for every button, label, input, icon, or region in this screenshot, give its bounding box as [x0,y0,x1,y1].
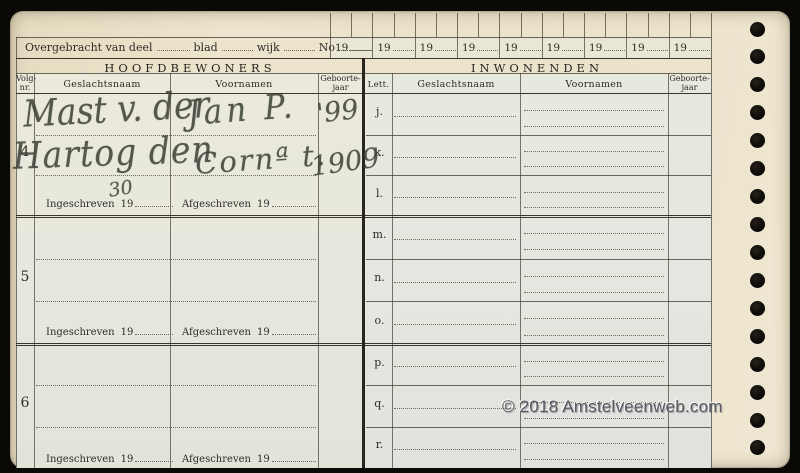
year-prefix: 19 [589,42,602,54]
dotted-writing-line [394,239,516,240]
ingeschreven-label: Ingeschreven19 [46,325,173,338]
dotted-writing-line [524,192,664,193]
row-number: 5 [16,269,34,285]
year-cell: 19 [504,41,540,54]
afgeschreven-text: Afgeschreven [182,454,251,465]
geboortejaar-line2: jaar [668,84,711,93]
dotted-blank [393,41,414,51]
punch-hole [750,413,765,428]
dotted-blank [284,41,315,51]
grid-line-vertical [330,13,331,37]
column-header-volgnr: Volg- nr. [16,75,34,92]
ingeschreven-label: Ingeschreven19 [46,452,173,465]
punch-hole [750,189,765,204]
grid-line-vertical [648,13,649,37]
year-prefix: 19 [257,199,270,210]
dotted-writing-line [394,157,516,158]
dotted-writing-line [524,166,664,167]
punch-hole [750,273,765,288]
dotted-blank [272,452,316,462]
dotted-writing-line [36,385,316,386]
dotted-writing-line [394,366,516,367]
grid-line-vertical [542,37,543,58]
dotted-blank [135,197,173,207]
column-header-geboortejaar-right: Geboorte- jaar [668,75,711,92]
letter-label: q. [366,397,393,410]
dotted-blank [562,41,583,51]
grid-line-horizontal [366,427,711,428]
column-header-lett: Lett. [365,80,392,90]
dotted-blank [350,41,371,51]
grid-line-vertical [415,13,416,37]
dotted-blank [222,41,253,51]
dotted-blank [520,41,541,51]
afgeschreven-label: Afgeschreven19 [182,325,316,338]
dotted-blank [135,325,173,335]
grid-line-vertical [499,13,500,37]
dotted-writing-line [524,376,664,377]
letter-label: o. [366,314,393,327]
column-header-geslachtsnaam-right: Geslachtsnaam [392,79,520,90]
grid-line-horizontal [16,37,711,38]
year-prefix: 19 [547,42,560,54]
dotted-writing-line [524,361,664,362]
ingeschreven-text: Ingeschreven [46,327,115,338]
dotted-blank [272,197,316,207]
dotted-writing-line [36,301,316,302]
punch-hole [750,329,765,344]
dotted-writing-line [524,249,664,250]
grid-line-vertical [563,13,564,37]
dotted-writing-line [394,324,516,325]
dotted-writing-line [36,259,316,260]
year-prefix: 19 [335,42,348,54]
year-prefix: 19 [674,42,687,54]
year-prefix: 19 [257,327,270,338]
year-prefix: 19 [121,454,134,465]
dotted-writing-line [524,418,664,419]
dotted-writing-line [394,408,516,409]
grid-line-vertical [351,13,352,37]
grid-line-vertical [415,37,416,58]
punch-hole [750,385,765,400]
column-header-geboortejaar-left: Geboorte- jaar [318,75,363,92]
wijk-label: wijk [257,41,280,54]
grid-line-vertical [584,13,585,37]
grid-line-vertical [372,13,373,37]
dotted-blank [689,41,710,51]
dotted-blank [135,452,173,462]
blad-label: blad [194,41,218,54]
letter-label: n. [366,271,393,284]
ingeschreven-text: Ingeschreven [46,454,115,465]
dotted-writing-line [524,233,664,234]
year-prefix: 19 [420,42,433,54]
inwonenden-title: INWONENDEN [420,61,654,75]
row-number: 6 [16,395,34,411]
dotted-blank [272,325,316,335]
grid-line-vertical [499,37,500,58]
year-prefix: 19 [121,199,134,210]
grid-line-vertical [457,13,458,37]
letter-label: p. [366,356,393,369]
grid-line-vertical [394,13,395,37]
grid-line-vertical [584,37,585,58]
dotted-writing-line [524,292,664,293]
dotted-blank [604,41,625,51]
dotted-writing-line [394,116,516,117]
punch-hole [750,22,765,37]
grid-line-horizontal [366,135,711,136]
dotted-writing-line [36,427,316,428]
year-cell: 19 [377,41,413,54]
afgeschreven-label: Afgeschreven19 [182,197,316,210]
grid-line-vertical [605,13,606,37]
afgeschreven-label: Afgeschreven19 [182,452,316,465]
letter-label: j. [366,105,393,118]
punch-hole [750,301,765,316]
dotted-writing-line [394,282,516,283]
year-prefix: 19 [462,42,475,54]
hoofdbewoners-title: HOOFDBEWONERS [60,61,320,75]
overgebracht-label: Overgebracht van deel [25,41,153,54]
dotted-writing-line [524,276,664,277]
dotted-writing-line [524,335,664,336]
grid-line-horizontal [366,175,711,176]
scanned-register-card-photo: Overgebracht van deel blad wijk No HOOFD… [0,0,800,473]
grid-line-vertical [436,13,437,37]
punch-hole [750,217,765,232]
grid-line-horizontal [366,301,711,302]
grid-line-vertical [372,37,373,58]
grid-line-vertical [318,73,319,468]
afgeschreven-text: Afgeschreven [182,199,251,210]
year-cell: 19 [589,41,625,54]
grid-line-vertical [669,37,670,58]
letter-label: r. [366,438,393,451]
dotted-writing-line [524,126,664,127]
year-cell: 19 [420,41,456,54]
geboortejaar-line2: jaar [318,84,363,93]
year-cell: 19 [462,41,498,54]
year-prefix: 19 [257,454,270,465]
dotted-blank [477,41,498,51]
dotted-writing-line [524,318,664,319]
dotted-writing-line [524,207,664,208]
year-cell: 19 [335,41,371,54]
column-header-voornamen-right: Voornamen [520,79,668,90]
letter-label: l. [366,187,393,200]
copyright-watermark: © 2018 Amstelveenweb.com [502,397,723,417]
letter-label: m. [366,228,393,241]
dotted-blank [435,41,456,51]
year-cell: 19 [631,41,667,54]
dotted-writing-line [394,449,516,450]
dotted-writing-line [524,110,664,111]
afgeschreven-text: Afgeschreven [182,327,251,338]
year-prefix: 19 [377,42,390,54]
grid-line-horizontal [366,259,711,260]
grid-line-vertical [669,13,670,37]
year-cell: 19 [547,41,583,54]
dotted-writing-line [524,459,664,460]
grid-line-vertical [626,37,627,58]
punch-hole [750,245,765,260]
ingeschreven-text: Ingeschreven [46,199,115,210]
grid-line-vertical [626,13,627,37]
year-prefix: 19 [504,42,517,54]
handwritten-birthyear-1: '99 [315,94,360,130]
grid-line-horizontal [366,385,711,386]
transfer-row: Overgebracht van deel blad wijk No [25,41,372,54]
grid-line-vertical [478,13,479,37]
dotted-writing-line [524,151,664,152]
no-label: No [319,41,335,54]
dotted-writing-line [524,443,664,444]
grid-line-vertical [690,13,691,37]
section-divider-rule [362,58,365,468]
handwritten-surname-2: Hartog den [12,127,214,178]
grid-line-vertical [521,13,522,37]
year-prefix: 19 [631,42,644,54]
year-cell: 19 [674,41,710,54]
dotted-blank [157,41,190,51]
year-prefix: 19 [121,327,134,338]
dotted-blank [647,41,668,51]
handwritten-ingeschreven-year: 30 [107,176,134,202]
grid-line-vertical [457,37,458,58]
punch-hole [750,357,765,372]
dotted-writing-line [394,197,516,198]
grid-line-vertical [542,13,543,37]
